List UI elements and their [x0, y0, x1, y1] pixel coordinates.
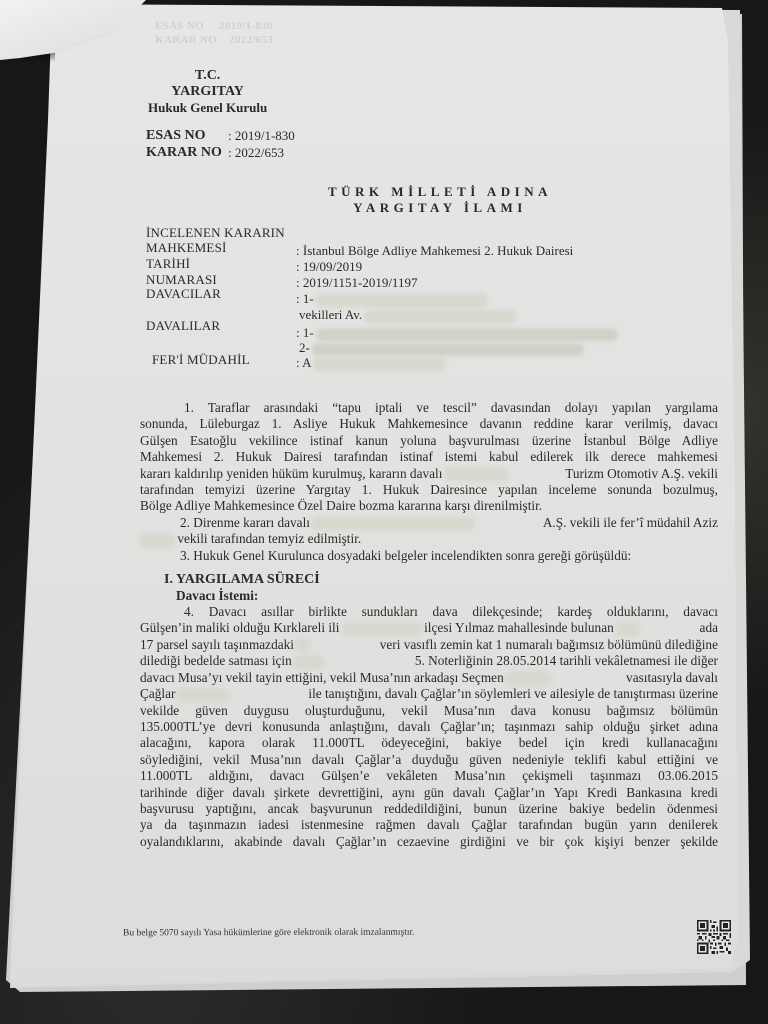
esas-label: ESAS NO	[146, 127, 228, 144]
text-fragment: vasıtasıyla davalı	[626, 670, 718, 686]
meta-value-plaintiffs: : 1-	[296, 291, 314, 306]
text-line: 3. Hukuk Genel Kurulunca dosyadaki belge…	[140, 548, 718, 564]
section-heading: I. YARGILAMA SÜRECİ	[164, 572, 718, 588]
meta-label-intervener: FER'İ MÜDAHİL	[152, 352, 250, 368]
meta-value-defendant-2: 2-	[299, 340, 310, 355]
meta-label-date: TARİHİ	[146, 256, 190, 272]
text-fragment: kararı kaldırılıp yeniden hüküm kurulmuş…	[140, 466, 442, 481]
redacted-name	[140, 535, 174, 546]
redacted-name	[295, 657, 323, 668]
text-fragment: A.Ş. vekili ile fer’î müdahil Aziz	[543, 515, 718, 531]
meta-value-court: : İstanbul Bölge Adliye Mahkemesi 2. Huk…	[296, 243, 573, 259]
redacted-name	[314, 359, 444, 370]
text-line: Gülşen’in maliki olduğu Kırklareli ili i…	[140, 620, 718, 636]
text-line: 1. Taraflar arasındaki “tapu iptali ve t…	[140, 400, 718, 416]
text-fragment: veri vasıflı zemin kat 1 numaralı bağıms…	[380, 637, 718, 653]
text-line: tarihinde diğer davalı şirkete devrettiğ…	[140, 785, 718, 801]
paragraph-1: 1. Taraflar arasındaki “tapu iptali ve t…	[140, 400, 718, 515]
e-signature-note: Bu belge 5070 sayılı Yasa hükümlerine gö…	[123, 928, 415, 939]
text-line: sonunda, Lüleburgaz 1. Asliye Hukuk Mahk…	[140, 416, 718, 432]
meta-label-defendants: DAVALILAR	[146, 318, 220, 334]
text-line: 4. Davacı asıllar birlikte sundukları da…	[140, 604, 718, 620]
karar-label: KARAR NO	[146, 144, 228, 161]
redacted-name	[617, 624, 639, 635]
paragraph-3: 3. Hukuk Genel Kurulunca dosyadaki belge…	[140, 548, 718, 564]
text-line: Gülşen Esatoğlu vekilince istinaf kanun …	[140, 433, 718, 449]
text-line: Çağlar ile tanıştığını, davalı Çağlar’ın…	[140, 686, 718, 702]
decision-body: 1. Taraflar arasındaki “tapu iptali ve t…	[140, 400, 718, 850]
text-line: oyalandıklarını, akabinde davalı Çağlar’…	[140, 834, 718, 850]
text-line: 11.000TL aldığını, davacı Gülşen’e vekâl…	[140, 768, 718, 784]
text-fragment: Çağlar	[140, 686, 175, 701]
text-fragment: davacı Musa’yı vekil tayin ettiğini, vek…	[140, 670, 504, 685]
text-line: 135.000TL’ye devri konusunda anlaştığını…	[140, 719, 718, 735]
redacted-name	[317, 329, 617, 340]
document-title: TÜRK MİLLETİ ADINA YARGITAY İLAMI	[290, 184, 590, 216]
karar-value: : 2022/653	[228, 144, 284, 161]
text-fragment: ada	[700, 620, 718, 636]
meta-heading: İNCELENEN KARARIN	[146, 225, 285, 241]
redacted-name	[179, 690, 227, 701]
header-court: YARGITAY	[148, 84, 267, 100]
text-fragment: 5. Noterliğinin 28.05.2014 tarihli vekâl…	[415, 653, 718, 669]
text-fragment: ilçesi Yılmaz mahallesinde bulunan	[424, 620, 614, 635]
text-line: vekilde güven duygusu oluşturduğunu, vek…	[140, 703, 718, 719]
meta-value-intervener: : A	[296, 355, 311, 370]
subsection-heading: Davacı İstemi:	[176, 588, 718, 604]
text-line: Bölge Adliye Mahkemesince Özel Daire boz…	[140, 498, 718, 514]
qr-code-icon	[697, 919, 731, 955]
paragraph-4: 4. Davacı asıllar birlikte sundukları da…	[140, 604, 718, 850]
text-line: söylediğini, vekil Musa’nın davalı Çağla…	[140, 752, 718, 768]
redacted-name	[365, 311, 515, 322]
text-line: 2. Direnme kararı davalı A.Ş. vekili ile…	[140, 515, 718, 531]
text-line: Mahkemesi 2. Hukuk Dairesi tarafından is…	[140, 449, 718, 465]
text-fragment: dilediği bedelde satması için	[140, 653, 292, 668]
redacted-name	[317, 295, 487, 306]
text-line: başvurusu yaptığını, ancak başvurunun re…	[140, 801, 718, 817]
meta-value-date: : 19/09/2019	[296, 259, 362, 275]
title-line-2: YARGITAY İLAMI	[290, 200, 590, 216]
meta-value-defendants: : 1-	[296, 325, 314, 340]
meta-label-plaintiffs: DAVACILAR	[146, 286, 221, 302]
text-line: alacağını, kapora olarak 11.000TL ödeyec…	[140, 735, 718, 751]
text-fragment: 17 parsel sayılı taşınmazdaki	[140, 637, 294, 652]
meta-label-court: MAHKEMESİ	[146, 240, 227, 256]
redacted-name	[297, 640, 309, 651]
redacted-name	[313, 518, 473, 529]
text-line: 17 parsel sayılı taşınmazdaki veri vasıf…	[140, 637, 718, 653]
text-fragment: Gülşen’in maliki olduğu Kırklareli ili	[140, 620, 339, 635]
text-line: dilediği bedelde satması için 5. Noterli…	[140, 653, 718, 669]
redacted-name	[446, 469, 508, 480]
text-line: tarafından temyizi üzerine Yargıtay 1. H…	[140, 482, 718, 498]
text-fragment: vekili tarafından temyiz edilmiştir.	[177, 531, 361, 546]
paragraph-2: 2. Direnme kararı davalı A.Ş. vekili ile…	[140, 515, 718, 548]
redacted-name	[313, 344, 583, 355]
case-numbers: ESAS NO : 2019/1-830 KARAR NO : 2022/653	[146, 127, 295, 161]
text-fragment: Turizm Otomotiv A.Ş. vekili	[565, 466, 718, 482]
text-fragment: 2. Direnme kararı davalı	[180, 515, 310, 530]
esas-value: : 2019/1-830	[228, 127, 295, 144]
text-fragment: ile tanıştığını, davalı Çağlar’ın söylem…	[308, 686, 718, 702]
text-line: ya da taşınmazın iadesi istenmesine rağm…	[140, 817, 718, 833]
text-line: kararı kaldırılıp yeniden hüküm kurulmuş…	[140, 466, 718, 482]
court-header: T.C. YARGITAY Hukuk Genel Kurulu	[148, 68, 267, 116]
title-line-1: TÜRK MİLLETİ ADINA	[290, 184, 590, 200]
redacted-name	[507, 673, 551, 684]
meta-value-number: : 2019/1151-2019/1197	[296, 275, 417, 291]
document: T.C. YARGITAY Hukuk Genel Kurulu ESAS NO…	[0, 0, 768, 1024]
header-chamber: Hukuk Genel Kurulu	[148, 100, 267, 116]
meta-value-attorneys: vekilleri Av.	[299, 307, 362, 322]
header-tc: T.C.	[148, 68, 267, 84]
text-line: vekili tarafından temyiz edilmiştir.	[140, 531, 718, 547]
redacted-name	[343, 624, 421, 635]
text-line: davacı Musa’yı vekil tayin ettiğini, vek…	[140, 670, 718, 686]
